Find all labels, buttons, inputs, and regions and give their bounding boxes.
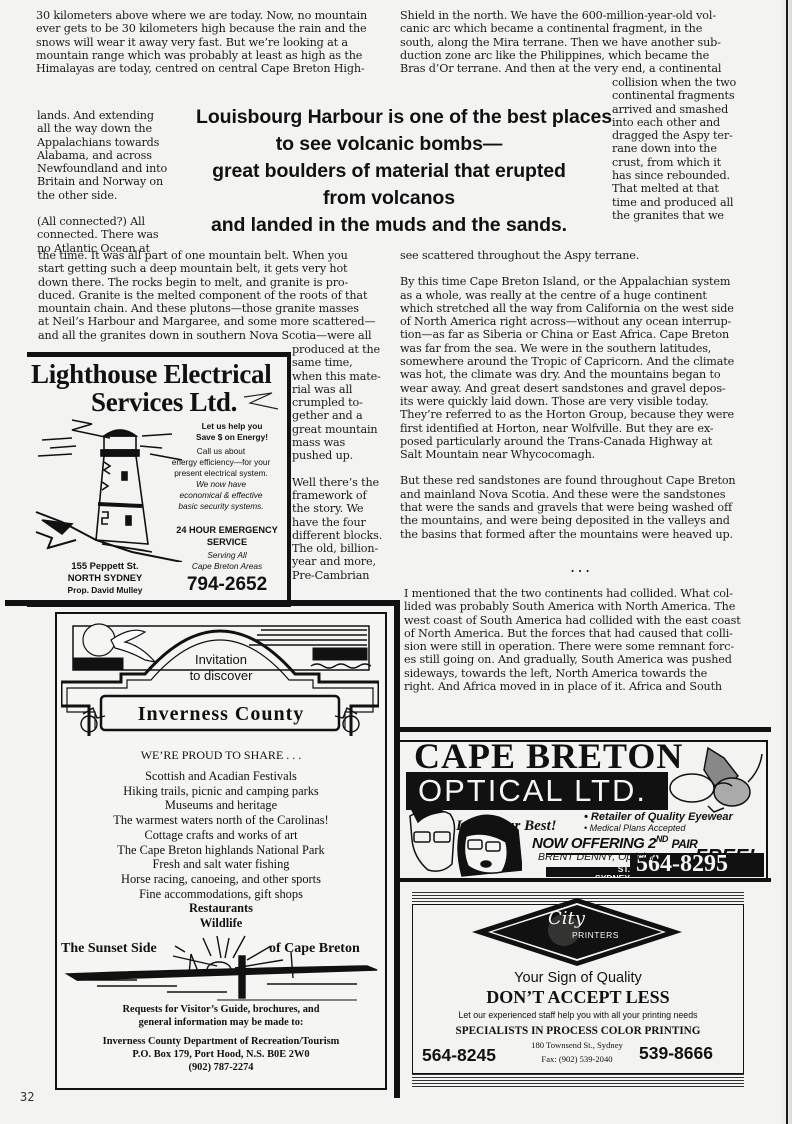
bottom-stripes — [412, 1074, 744, 1088]
list-item: Cottage crafts and works of art — [57, 828, 385, 843]
ad-body: Call us about energy efficiency—for your… — [155, 446, 287, 512]
city-fax: Fax: (902) 539-2040 — [522, 1054, 632, 1064]
text-line: But these red sandstones are found throu… — [400, 474, 775, 487]
text-line: That melted at that — [612, 182, 772, 195]
text-line: Shield in the north. We have the 600-mil… — [400, 9, 770, 22]
text-line: Pre-Cambrian — [292, 569, 390, 582]
text-line: sion were still in operation. There were… — [404, 640, 779, 653]
optical-title: CAPE BRETON — [414, 738, 683, 774]
text-line: of North America right across—without an… — [400, 315, 775, 328]
pull-quote-line: Louisbourg Harbour is one of the best pl… — [168, 104, 612, 131]
ad-title: Lighthouse Electrical — [31, 360, 271, 388]
city-printers-ad: City PRINTERS Your Sign of Quality DON’T… — [412, 892, 744, 1088]
eyeglasses-icon — [664, 746, 764, 816]
list-item: Fresh and salt water fishing — [57, 857, 385, 872]
list-item: The Cape Breton highlands National Park — [57, 843, 385, 858]
text-line: gether and a — [292, 409, 390, 422]
text-line: rial was all — [292, 383, 390, 396]
text-line: the story. We — [292, 502, 390, 515]
logo-script: City — [548, 908, 585, 929]
text-line: es still going on. And gradually, South … — [404, 653, 779, 666]
text-line: right. And Africa moved in in place of i… — [404, 680, 779, 693]
city-phone-right[interactable]: 539-8666 — [639, 1043, 713, 1064]
pull-quote-line: great boulders of material that erupted — [168, 158, 610, 185]
service-area: Serving All Cape Breton Areas — [167, 550, 287, 572]
contact-phone[interactable]: (902) 787-2274 — [57, 1061, 385, 1074]
text-line: Britain and Norway on — [37, 175, 177, 188]
text-line: first identified at Horton, near Wolfvil… — [400, 422, 775, 435]
text-line: snows will wear it away very fast. But w… — [36, 36, 386, 49]
text-line: They’re referred to as the Horton Group,… — [400, 408, 775, 421]
couple-illustration-icon — [402, 806, 522, 878]
ad-phone[interactable]: 794-2652 — [172, 574, 282, 596]
right-column-top: Shield in the north. We have the 600-mil… — [400, 9, 770, 75]
text-line: By this time Cape Breton Island, or the … — [400, 275, 775, 288]
pull-quote: Louisbourg Harbour is one of the best pl… — [168, 104, 610, 239]
right-narrow-column: collision when the two continental fragm… — [612, 76, 772, 222]
text-line: wear away. And great desert sandstones a… — [400, 382, 775, 395]
text-line: tion—as far as Siberia or China or East … — [400, 328, 775, 341]
text-line: produced at the — [292, 343, 390, 356]
right-column-para4: I mentioned that the two continents had … — [404, 587, 779, 693]
text-line: at Neil’s Harbour and Margaree, and some… — [38, 315, 393, 328]
text-line: start getting such a deep mountain belt,… — [38, 262, 393, 275]
text-line: mountain range which was probably at lea… — [36, 49, 386, 62]
city-body: Let our experienced staff help you with … — [412, 1010, 744, 1020]
text-line: rane down into the — [612, 142, 772, 155]
city-headline: DON’T ACCEPT LESS — [412, 987, 744, 1008]
pull-quote-line: and landed in the muds and the sands. — [168, 212, 610, 239]
text-line: south, along the Mira terrane. Then we h… — [400, 36, 770, 49]
text-line: Himalayas are today, centred on central … — [36, 62, 386, 75]
text-line: lands. And extending — [37, 109, 177, 122]
text-line: great mountain — [292, 423, 390, 436]
page-binding-edge — [780, 0, 792, 1124]
banner-title: Inverness County — [101, 703, 341, 726]
list-item: The warmest waters north of the Carolina… — [57, 813, 385, 828]
text-line: mass was — [292, 436, 390, 449]
text-line: was far from the sea. We were in the sou… — [400, 342, 775, 355]
text-line: canic arc which became a continental fra… — [400, 22, 770, 35]
text-line: Appalachians towards — [37, 136, 177, 149]
pull-quote-line: from volcanos — [168, 185, 610, 212]
text-line: duction zone arc like the Philippines, w… — [400, 49, 770, 62]
text-line: Newfoundland and into — [37, 162, 177, 175]
text-line: down there. The rocks begin to melt, and… — [38, 276, 393, 289]
city-phone-left[interactable]: 564-8245 — [422, 1045, 496, 1066]
text-line: different blocks. — [292, 529, 390, 542]
text-line: have the four — [292, 516, 390, 529]
city-ad-top-rule — [395, 878, 771, 882]
left-column-wide: the time. It was all part of one mountai… — [38, 249, 393, 342]
text-line: its were quickly laid down. Those are ve… — [400, 395, 775, 408]
text-line: all the way down the — [37, 122, 177, 135]
text-line: which stretched all the way from Califor… — [400, 302, 775, 315]
text-line: Well there’s the — [292, 476, 390, 489]
text-line: mountain chain. And these plutons—those … — [38, 302, 393, 315]
text-line: sideways, towards the left, North Americ… — [404, 667, 779, 680]
pull-quote-line: to see volcanic bombs— — [168, 131, 610, 158]
text-line: when this mate- — [292, 370, 390, 383]
emergency-service: 24 HOUR EMERGENCY SERVICE — [167, 524, 287, 548]
text-line: time and produced all — [612, 196, 772, 209]
text-line: and mainland Nova Scotia. And these were… — [400, 488, 775, 501]
list-item: Restaurants — [57, 901, 385, 916]
text-line: Salt Mountain near Whycocomagh. — [400, 448, 775, 461]
text-line: connected. There was — [37, 228, 177, 241]
text-line: same time, — [292, 356, 390, 369]
logo-word: PRINTERS — [572, 930, 619, 940]
list-item: Museums and heritage — [57, 798, 385, 813]
list-item: Hiking trails, picnic and camping parks — [57, 784, 385, 799]
text-line: ever gets to be 30 kilometers high becau… — [36, 22, 386, 35]
request-info: Requests for Visitor’s Guide, brochures,… — [57, 1003, 385, 1029]
optical-subtitle: OPTICAL LTD. — [406, 772, 668, 810]
text-line: arrived and smashed — [612, 103, 772, 116]
text-line: somewhere around the Tropic of Capricorn… — [400, 355, 775, 368]
left-column-top: 30 kilometers above where we are today. … — [36, 9, 386, 75]
text-line: Alabama, and across — [37, 149, 177, 162]
right-column-body: see scattered throughout the Aspy terran… — [400, 249, 775, 541]
text-line: the other side. — [37, 189, 177, 202]
ad-headline: Let us help you Save $ on Energy! — [177, 421, 287, 443]
text-line: into each other and — [612, 116, 772, 129]
city-slogan: Your Sign of Quality — [412, 970, 744, 986]
optical-offer: NOW OFFERING 2ND PAIR — [532, 834, 697, 852]
text-line: see scattered throughout the Aspy terran… — [400, 249, 775, 262]
text-line: crust, from which it — [612, 156, 772, 169]
text-line: the basins that formed after the mountai… — [400, 528, 775, 541]
attractions-list: Scottish and Acadian Festivals Hiking tr… — [57, 769, 385, 931]
text-line: pushed up. — [292, 449, 390, 462]
optical-bullet: • Retailer of Quality Eyewear — [584, 811, 733, 823]
list-item: Scottish and Acadian Festivals — [57, 769, 385, 784]
text-line: was hot, the climate was dry. And the mo… — [400, 368, 775, 381]
text-line: dragged the Aspy ter- — [612, 129, 772, 142]
text-line: posed particularly around the Trans-Cana… — [400, 435, 775, 448]
text-line: year and more, — [292, 555, 390, 568]
optical-tagline: Look Your Best! — [456, 818, 557, 835]
optical-bullet: • Medical Plans Accepted — [584, 823, 685, 833]
lighthouse-electrical-ad: Lighthouse Electrical Services Ltd. Let … — [27, 352, 291, 607]
city-specialty: SPECIALISTS IN PROCESS COLOR PRINTING — [412, 1025, 744, 1037]
text-line: framework of — [292, 489, 390, 502]
text-line: 30 kilometers above where we are today. … — [36, 9, 386, 22]
text-line: of North America. But the forces that ha… — [404, 627, 779, 640]
page-number: 32 — [20, 1090, 34, 1104]
text-line: (All connected?) All — [37, 215, 177, 228]
sunset-icon — [57, 934, 385, 1004]
optician-name-label: BRENT DENNY, Optician — [538, 851, 657, 863]
text-line: the time. It was all part of one mountai… — [38, 249, 393, 262]
text-line: as a whole, was really at the centre of … — [400, 289, 775, 302]
ad-address: 155 Peppett St. NORTH SYDNEY Prop. David… — [55, 560, 155, 596]
text-line: continental fragments — [612, 89, 772, 102]
lightning-icon — [242, 391, 282, 413]
text-line: the mountains, and were being deposited … — [400, 514, 775, 527]
text-line: collision when the two — [612, 76, 772, 89]
text-line: west coast of South America had collided… — [404, 614, 779, 627]
text-line: Bras d’Or terrane. And then at the very … — [400, 62, 770, 75]
text-line: that were the sands and gravels that wer… — [400, 501, 775, 514]
section-break: . . . — [520, 562, 640, 575]
contact-info: Inverness County Department of Recreatio… — [57, 1035, 385, 1074]
text-line: has since rebounded. — [612, 169, 772, 182]
left-side-column: produced at the same time, when this mat… — [292, 343, 390, 582]
proud-to-share: WE’RE PROUD TO SHARE . . . — [57, 748, 385, 763]
city-address: 180 Townsend St., Sydney — [522, 1040, 632, 1050]
city-ad-left-rule — [395, 878, 399, 1090]
text-line: crumpled to- — [292, 396, 390, 409]
text-line: I mentioned that the two continents had … — [404, 587, 779, 600]
text-line: and all the granites down in southern No… — [38, 329, 393, 342]
text-line: duced. Granite is the melted component o… — [38, 289, 393, 302]
list-item: Wildlife — [57, 916, 385, 931]
text-line: the granites that we — [612, 209, 772, 222]
left-narrow-column: lands. And extending all the way down th… — [37, 109, 177, 255]
list-item: Fine accommodations, gift shops — [57, 887, 385, 902]
list-item: Horse racing, canoeing, and other sports — [57, 872, 385, 887]
text-line: lided was probably South America with No… — [404, 600, 779, 613]
optical-ad-top-rule — [395, 727, 771, 732]
banner-invitation: Invitation to discover — [157, 652, 285, 684]
text-line: The old, billion- — [292, 542, 390, 555]
inverness-county-ad: Invitation to discover Inverness County … — [55, 612, 387, 1090]
